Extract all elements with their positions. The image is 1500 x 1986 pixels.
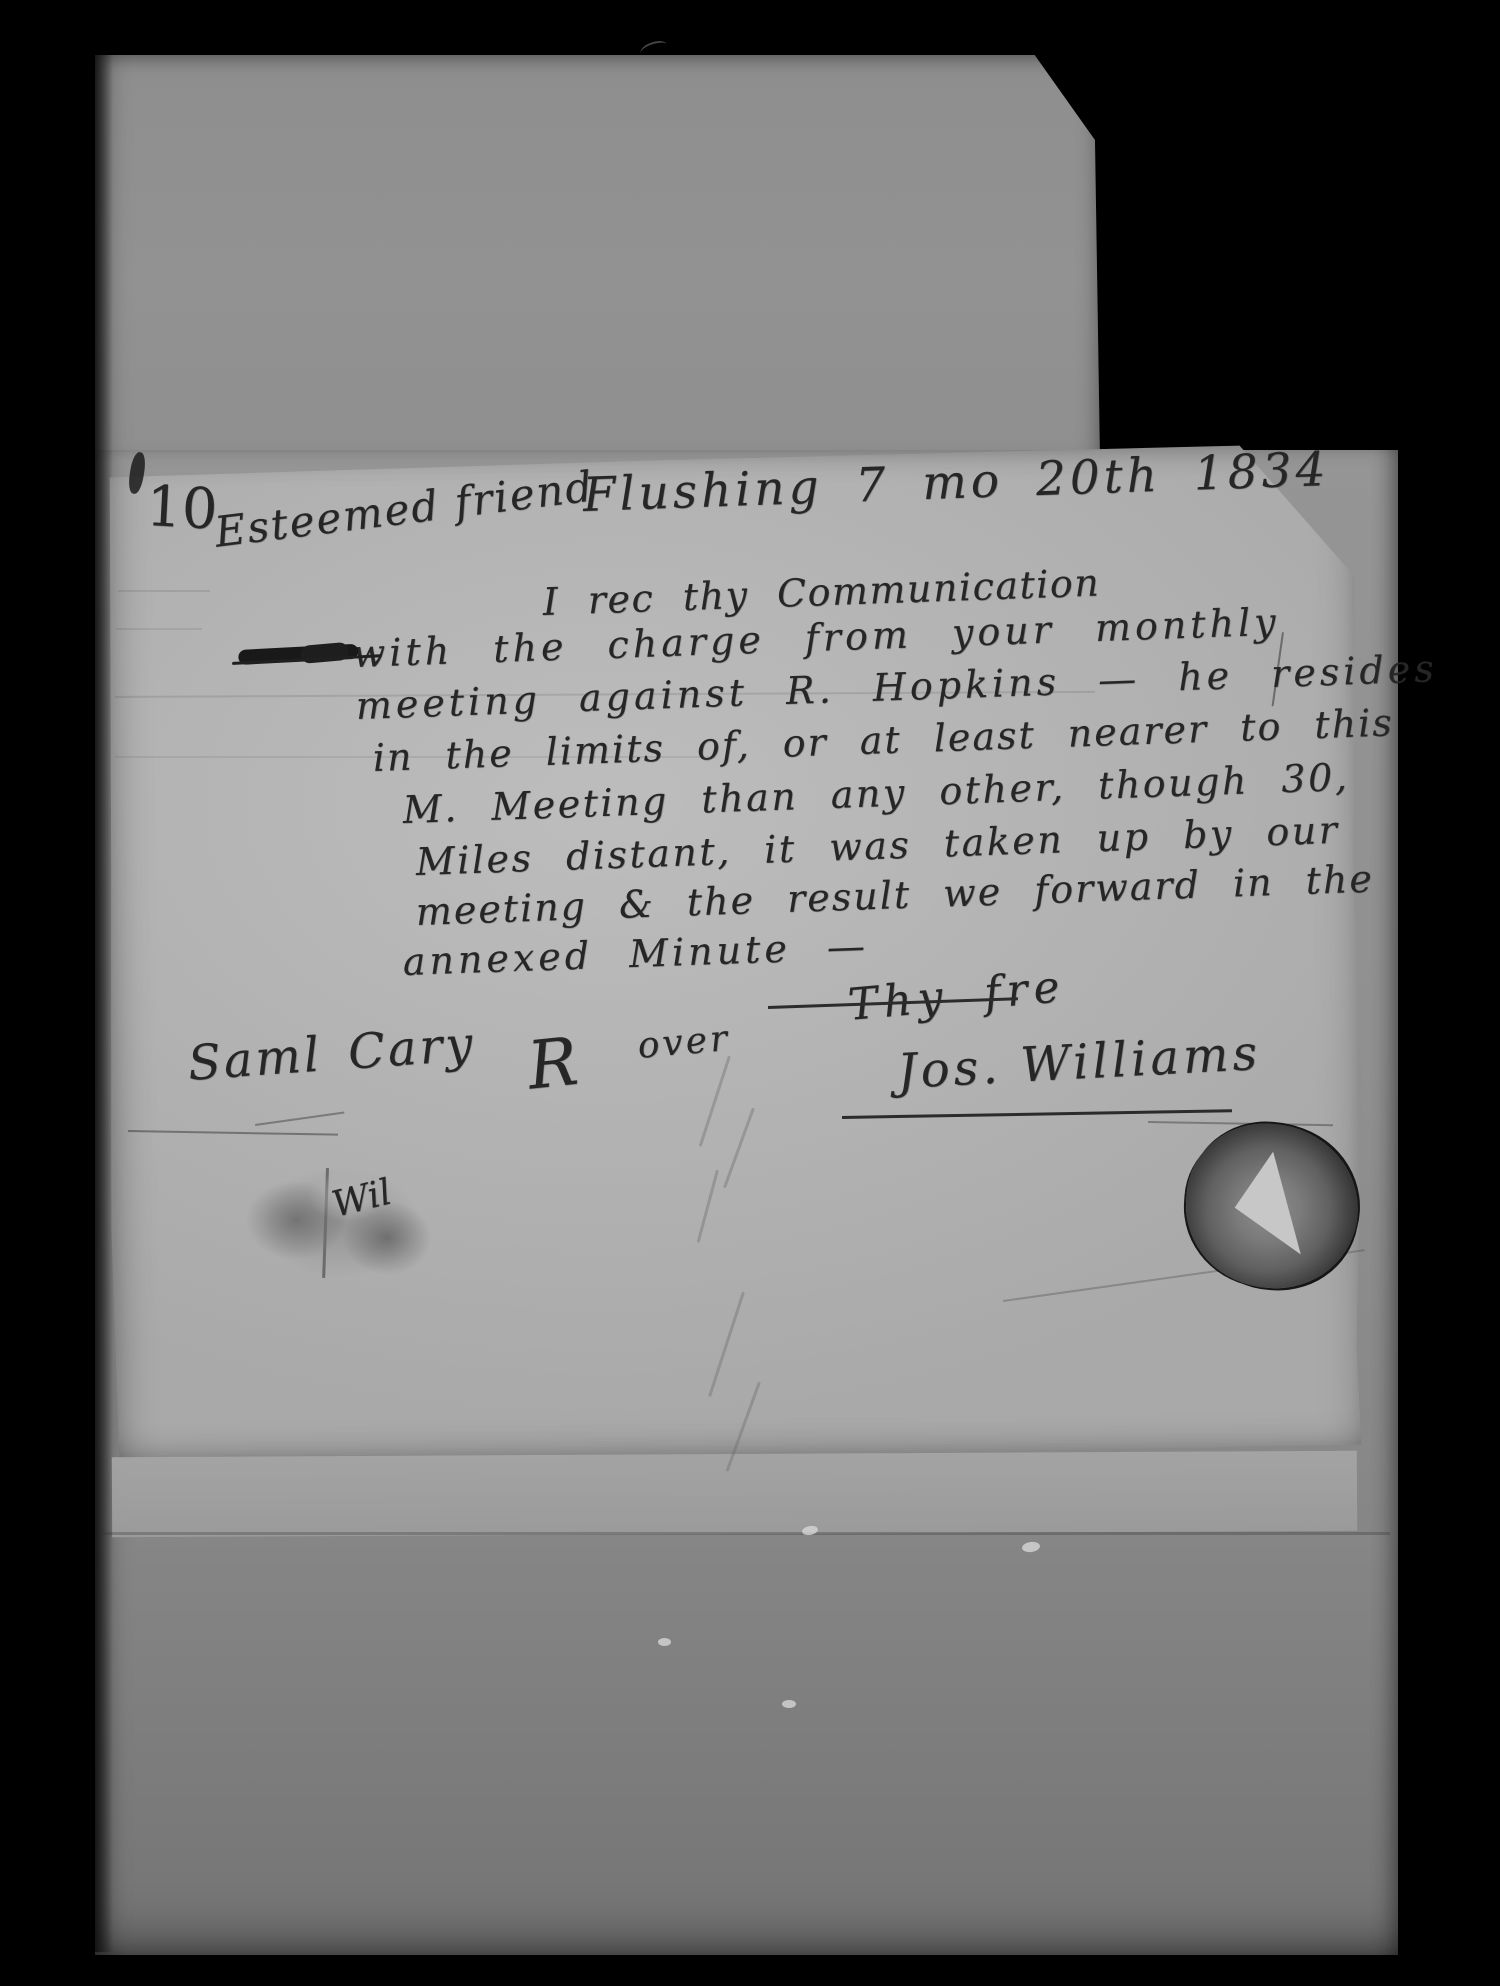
letter-folded-edge [112,1451,1357,1538]
turn-initial: R [524,1023,581,1105]
backing-page-top [95,55,1100,460]
scanned-letter: 10 Flushing 7 mo 20th 1834 Esteemed frie… [0,0,1500,1986]
turn-note: over [636,1018,732,1067]
paper-speck [658,1638,671,1646]
fold-line-bottom [100,1532,1390,1535]
ghost-ruled-line [118,590,210,592]
page-number: 10 [145,474,220,543]
book-gutter-shadow [95,55,113,1952]
ghost-ruled-line [116,628,202,630]
paper-speck [782,1700,796,1708]
